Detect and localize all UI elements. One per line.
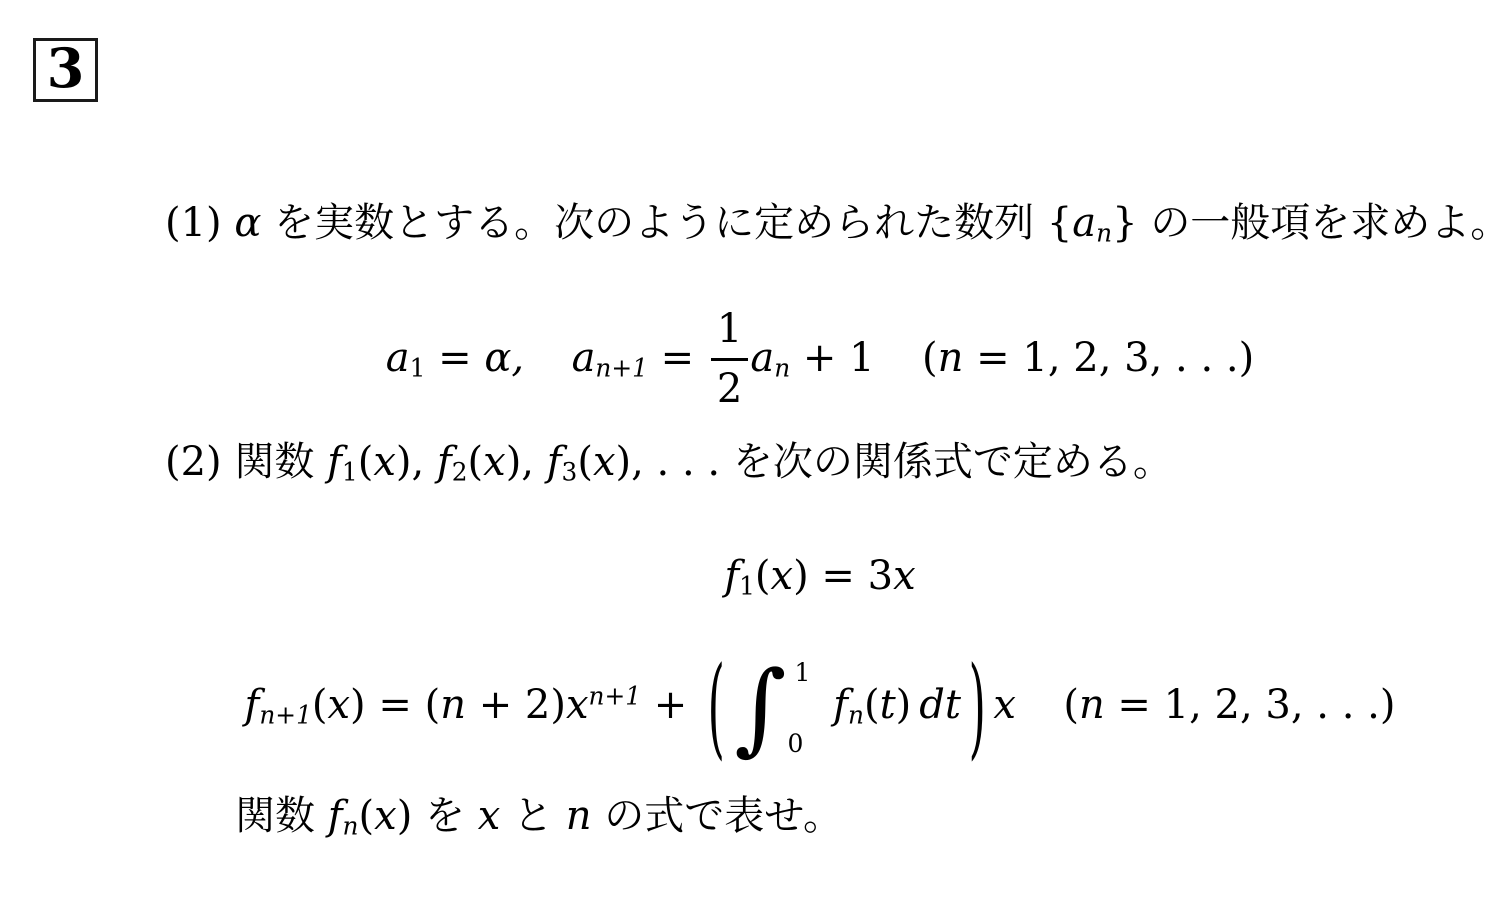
closing-tail: の式で表せ。 bbox=[604, 793, 843, 839]
brace-open: { bbox=[1047, 200, 1072, 246]
fn1-sub: n+1 bbox=[259, 700, 312, 729]
recursive-equation: fn+1(x) = (n + 2)xn+1 + (∫10 fn(t)dt)x (… bbox=[185, 658, 1455, 758]
func3-arg: x bbox=[593, 439, 616, 485]
func3-paren-close: ), bbox=[616, 439, 644, 485]
ellipsis: . . . bbox=[657, 439, 721, 485]
paren-open: ( bbox=[1063, 682, 1079, 728]
fn-notation: fn(x) bbox=[328, 793, 413, 839]
func2-paren-close: ), bbox=[506, 439, 534, 485]
paren-open: ( bbox=[922, 335, 938, 381]
part1-label: (1) bbox=[165, 200, 222, 246]
fn1-paren-open: ( bbox=[312, 682, 328, 728]
fraction-one-half: 12 bbox=[711, 309, 748, 409]
particle-wo: を bbox=[425, 793, 465, 839]
problem-number: 3 bbox=[47, 41, 85, 95]
f1-sub: 1 bbox=[739, 571, 755, 600]
part1-text-mid: を実数とする。次のように定められた数列 bbox=[274, 200, 1034, 246]
integral-limits: 10 bbox=[787, 660, 811, 756]
condition-rest: = 1, 2, 3, . . .) bbox=[1117, 682, 1395, 728]
func1-paren-close: ), bbox=[396, 439, 424, 485]
condition-1: (n = 1, 2, 3, . . .) bbox=[922, 335, 1254, 381]
fn-paren-open: ( bbox=[359, 793, 375, 839]
part2-statement: (2) 関数 f1(x), f2(x), f3(x), . . . を次の関係式… bbox=[165, 439, 1173, 487]
func3-paren-open: ( bbox=[577, 439, 593, 485]
plus-one-term: + 1 bbox=[803, 335, 875, 381]
equals-sign-2: = bbox=[661, 335, 695, 381]
fn1-f: f bbox=[245, 682, 260, 728]
recurrence-equation: a1 = α, an+1 = 12an + 1 (n = 1, 2, 3, . … bbox=[185, 311, 1455, 411]
integrand-paren-close: ) bbox=[896, 682, 912, 728]
f1-coef: 3 bbox=[868, 553, 893, 599]
power-base: x bbox=[566, 682, 589, 728]
fraction-numerator: 1 bbox=[711, 309, 748, 358]
f1-var: x bbox=[893, 553, 916, 599]
function-item-1: f1(x), bbox=[327, 439, 424, 485]
alpha-value: α, bbox=[484, 335, 524, 381]
alpha-symbol: α bbox=[234, 200, 261, 246]
condition-var: n bbox=[1079, 682, 1105, 728]
sequence-var: a bbox=[1072, 200, 1096, 246]
func1-arg: x bbox=[373, 439, 396, 485]
condition-2: (n = 1, 2, 3, . . .) bbox=[1063, 682, 1395, 728]
big-paren-close: ) bbox=[969, 653, 986, 762]
integrand-paren-open: ( bbox=[864, 682, 880, 728]
integral-upper-limit: 1 bbox=[795, 660, 811, 685]
sequence-notation: {an} bbox=[1047, 200, 1138, 246]
part1-text-end: の一般項を求めよ。 bbox=[1150, 200, 1489, 246]
integral-lower-limit: 0 bbox=[781, 731, 811, 756]
integral-sign: ∫ bbox=[734, 658, 786, 758]
recursive-equals: = bbox=[378, 682, 412, 728]
function-item-2: f2(x), bbox=[437, 439, 534, 485]
func2-sub: 2 bbox=[452, 457, 468, 486]
coef-rest: + 2 bbox=[479, 682, 551, 728]
power-exponent: n+1 bbox=[589, 681, 642, 710]
var-n: n bbox=[566, 793, 592, 839]
func1-paren-open: ( bbox=[358, 439, 374, 485]
an1-var: a bbox=[572, 335, 596, 381]
fn1-paren-close: ) bbox=[350, 682, 366, 728]
f1-f: f bbox=[724, 553, 739, 599]
integrand-arg: t bbox=[880, 682, 896, 728]
an1-sub: n+1 bbox=[595, 353, 648, 382]
f1-equals: = bbox=[821, 553, 855, 599]
particle-to: と bbox=[513, 793, 553, 839]
coef-var: n bbox=[440, 682, 466, 728]
equals-sign-1: = bbox=[438, 335, 472, 381]
coef-paren-open: ( bbox=[425, 682, 441, 728]
integrand-sub: n bbox=[848, 700, 864, 729]
fn-sub: n bbox=[343, 811, 359, 840]
f1-paren-close: ) bbox=[793, 553, 809, 599]
a1-sub: 1 bbox=[410, 353, 426, 382]
integral: ∫10 bbox=[734, 658, 810, 758]
integrand-f: f bbox=[833, 682, 848, 728]
f1-paren-open: ( bbox=[755, 553, 771, 599]
function-item-3: f3(x), bbox=[547, 439, 644, 485]
a1-var: a bbox=[386, 335, 410, 381]
func2-paren-open: ( bbox=[468, 439, 484, 485]
func3-sub: 3 bbox=[562, 457, 578, 486]
an-var: a bbox=[750, 335, 774, 381]
outer-var: x bbox=[993, 682, 1016, 728]
an-sub: n bbox=[774, 353, 790, 382]
sequence-sub: n bbox=[1096, 218, 1112, 247]
differential-dt: dt bbox=[919, 682, 961, 728]
func2-arg: x bbox=[483, 439, 506, 485]
func1-sub: 1 bbox=[342, 457, 358, 486]
brace-close: } bbox=[1112, 200, 1137, 246]
condition-var: n bbox=[938, 335, 964, 381]
f1-equation: f1(x) = 3x bbox=[185, 553, 1455, 601]
func3-f: f bbox=[547, 439, 562, 485]
part2-lead: 関数 bbox=[234, 439, 314, 485]
integrand: fn(t)dt bbox=[833, 682, 961, 728]
plus-sign: + bbox=[654, 682, 688, 728]
big-paren-open: ( bbox=[708, 653, 725, 762]
condition-rest: = 1, 2, 3, . . .) bbox=[976, 335, 1254, 381]
problem-number-box: 3 bbox=[33, 38, 98, 102]
exam-problem-page: 3 (1) α を実数とする。次のように定められた数列 {an} の一般項を求め… bbox=[0, 0, 1489, 922]
fn1-arg: x bbox=[327, 682, 350, 728]
var-x: x bbox=[478, 793, 501, 839]
fn-f: f bbox=[328, 793, 343, 839]
func1-f: f bbox=[327, 439, 342, 485]
fraction-denominator: 2 bbox=[711, 358, 748, 409]
fn-arg: x bbox=[374, 793, 397, 839]
func2-f: f bbox=[437, 439, 452, 485]
f1-arg: x bbox=[771, 553, 794, 599]
part1-statement: (1) α を実数とする。次のように定められた数列 {an} の一般項を求めよ。 bbox=[165, 200, 1489, 248]
closing-lead: 関数 bbox=[235, 793, 315, 839]
part2-label: (2) bbox=[165, 439, 222, 485]
coef-paren-close: ) bbox=[550, 682, 566, 728]
fn-paren-close: ) bbox=[397, 793, 413, 839]
part2-closing-statement: 関数 fn(x) を x と n の式で表せ。 bbox=[235, 793, 843, 841]
part2-tail: を次の関係式で定める。 bbox=[733, 439, 1173, 485]
